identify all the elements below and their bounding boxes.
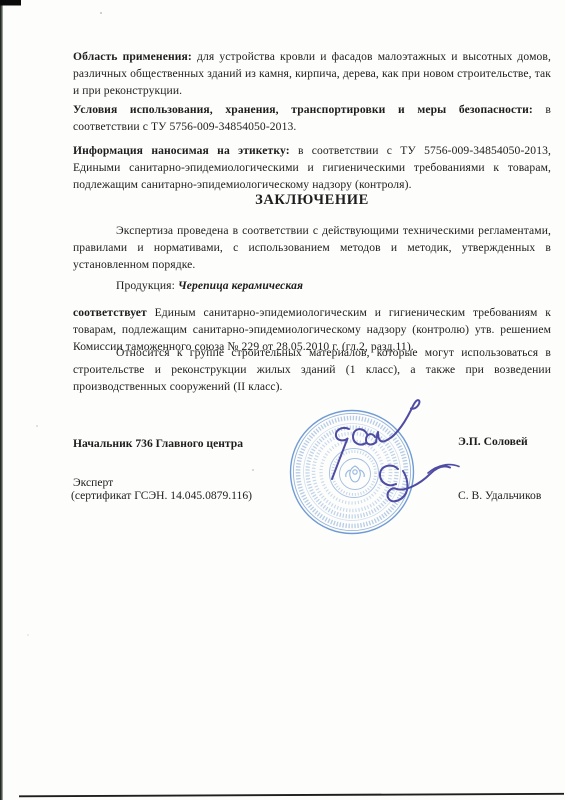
document-page: Область применения: для устройства кровл…	[0, 0, 565, 800]
signatory-title-2: Эксперт	[73, 476, 113, 490]
scan-speck	[27, 634, 29, 636]
para-usage-lead: Условия использования, хранения, транспо…	[73, 103, 533, 116]
product-value: Черепица керамическая	[178, 279, 303, 292]
para-expertise: Экспертиза проведена в соответствии с де…	[73, 223, 551, 273]
para-scope-lead: Область применения:	[73, 50, 192, 63]
para-label-info: Информация наносимая на этикетку: в соот…	[73, 143, 551, 193]
seal-emblem-icon	[346, 466, 365, 482]
scan-edge-bottom	[19, 794, 564, 797]
scan-speck	[100, 12, 102, 14]
seal-rings	[291, 411, 414, 534]
scan-speck	[36, 425, 38, 427]
signatory-name-2: С. В. Удальчиков	[458, 489, 541, 503]
scan-corner-top-left	[0, 0, 21, 6]
signatory-name-1: Э.П. Соловей	[458, 435, 528, 449]
para-usage-conditions: Условия использования, хранения, транспо…	[73, 102, 551, 136]
product-label: Продукция:	[116, 279, 175, 292]
scan-edge-left	[0, 0, 3, 800]
scan-speck	[252, 469, 254, 471]
signatory-title-1: Начальник 736 Главного центра	[73, 437, 243, 451]
product-line: Продукция: Черепица керамическая	[73, 278, 551, 295]
handwritten-signature-1	[332, 400, 419, 479]
scan-edge-left-dark	[0, 0, 1, 800]
signatory-cert: (сертификат ГСЭН. 14.045.0879.116)	[71, 489, 252, 503]
para-label-lead: Информация наносимая на этикетку:	[73, 144, 290, 157]
para-classification: Относится к группе строительных материал…	[73, 345, 551, 395]
para-conformity-lead: соответствует	[73, 306, 147, 319]
round-seal-stamp	[270, 385, 475, 540]
heading-conclusion: ЗАКЛЮЧЕНИЕ	[73, 192, 551, 209]
para-scope: Область применения: для устройства кровл…	[73, 49, 551, 99]
handwritten-signature-2	[380, 465, 459, 502]
